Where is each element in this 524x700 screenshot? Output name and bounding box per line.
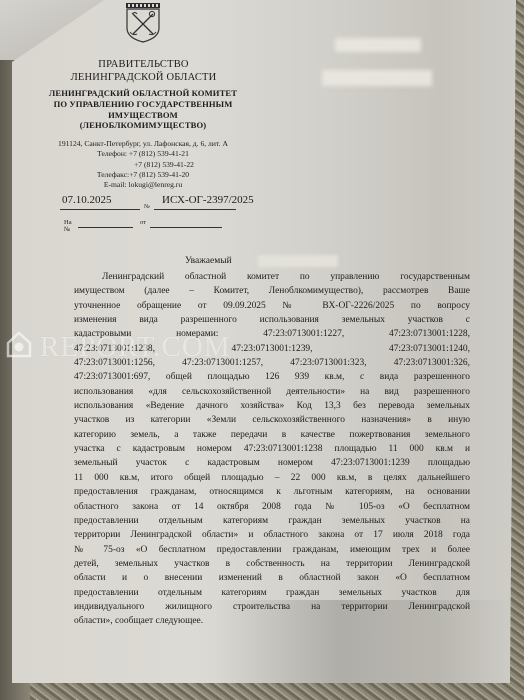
body-line: Ленинградский областной комитет по управ…: [74, 270, 470, 284]
document-number: ИСХ-ОГ-2397/2025: [162, 194, 254, 206]
body-line: имуществом (далее – Комитет, Леноблкомим…: [74, 284, 470, 298]
redacted-addressee: [335, 38, 421, 52]
body-line: детей, земельных участков в собственност…: [74, 557, 470, 571]
number-sign: №: [144, 204, 150, 210]
committee-line: ИМУЩЕСТВОМ: [32, 110, 254, 121]
body-line: участков из категории «Земли сельскохозя…: [74, 413, 470, 427]
letter-body: Ленинградский областной комитет по управ…: [74, 270, 470, 629]
watermark-text: REPORT.COM: [40, 334, 231, 360]
phone-label: Телефон:: [97, 149, 127, 158]
body-line: предоставления гражданам, относящимся к …: [74, 485, 470, 499]
committee-line: ЛЕНИНГРАДСКИЙ ОБЛАСТНОЙ КОМИТЕТ: [32, 88, 254, 99]
committee-line: (ЛЕНОБЛКОМИМУЩЕСТВО): [32, 120, 254, 131]
body-line: области и о внесении изменений в областн…: [74, 571, 470, 585]
government-line: ЛЕНИНГРАДСКОЙ ОБЛАСТИ: [40, 71, 247, 84]
body-line: 11 000 кв.м, итого общей площадью – 22 0…: [74, 471, 470, 485]
body-line: уточненное обращение от 09.09.2025 № ВХ-…: [74, 299, 470, 313]
reply-date-line: [150, 227, 222, 228]
body-line: территории Ленинградской области» и обла…: [74, 528, 470, 542]
body-line: предоставлении отдельным категориям граж…: [74, 514, 470, 528]
body-line: № 75-оз «О бесплатном предоставлении гра…: [74, 543, 470, 557]
coat-of-arms-icon: [123, 2, 163, 44]
redacted-recipient-name: [258, 255, 338, 267]
government-title: ПРАВИТЕЛЬСТВО ЛЕНИНГРАДСКОЙ ОБЛАСТИ: [40, 58, 247, 84]
body-line: категорию земель, а также передачи в кач…: [74, 428, 470, 442]
body-line: использования «для сельскохозяйственной …: [74, 385, 470, 399]
reply-from-label: от: [140, 219, 146, 226]
phone-line-1: Телефон: +7 (812) 539-41-21: [32, 149, 254, 159]
date-underline: [60, 209, 140, 210]
reply-number-line: [78, 227, 133, 228]
number-underline: [154, 209, 236, 210]
document-date: 07.10.2025: [62, 194, 112, 206]
postal-address: 191124, Санкт-Петербург, ул. Лафонская, …: [32, 139, 254, 149]
email-line: E-mail: lokugi@lenreg.ru: [32, 180, 254, 190]
body-line: области», сообщает следующее.: [74, 614, 470, 628]
phone-number: +7 (812) 539-41-21: [129, 149, 189, 158]
reply-to-label: На №: [64, 219, 72, 233]
house-icon: [6, 330, 32, 358]
committee-line: ПО УПРАВЛЕНИЮ ГОСУДАРСТВЕННЫМ: [32, 99, 254, 110]
fax-line: Телефакс:+7 (812) 539-41-20: [32, 170, 254, 180]
body-line: изменения вида разрешенного использовани…: [74, 313, 470, 327]
greeting: Уважаемый: [185, 256, 232, 266]
redacted-addressee-address: [322, 70, 432, 86]
body-line: индивидуального жилищного строительства …: [74, 600, 470, 614]
fax-label: Телефакс:: [97, 170, 129, 179]
body-line: 47:23:0713001:697, общей площадью 126 93…: [74, 370, 470, 384]
government-line: ПРАВИТЕЛЬСТВО: [40, 58, 247, 71]
phone-number: +7 (812) 539-41-22: [134, 160, 194, 169]
committee-title: ЛЕНИНГРАДСКИЙ ОБЛАСТНОЙ КОМИТЕТ ПО УПРАВ…: [32, 88, 254, 131]
body-line: областного закона от 14 октября 2008 год…: [74, 500, 470, 514]
body-line: предоставлении отдельным категориям граж…: [74, 586, 470, 600]
fax-number: +7 (812) 539-41-20: [129, 170, 189, 179]
body-line: участка с кадастровым номером 47:23:0713…: [74, 442, 470, 456]
email-label: E-mail:: [104, 180, 127, 189]
body-line: использования «Ведение дачного хозяйства…: [74, 399, 470, 413]
email-address: lokugi@lenreg.ru: [129, 180, 183, 189]
body-line: земельный участок с кадастровым номером …: [74, 456, 470, 470]
phone-line-2: +7 (812) 539-41-22: [32, 160, 254, 170]
contact-block: 191124, Санкт-Петербург, ул. Лафонская, …: [32, 139, 254, 190]
